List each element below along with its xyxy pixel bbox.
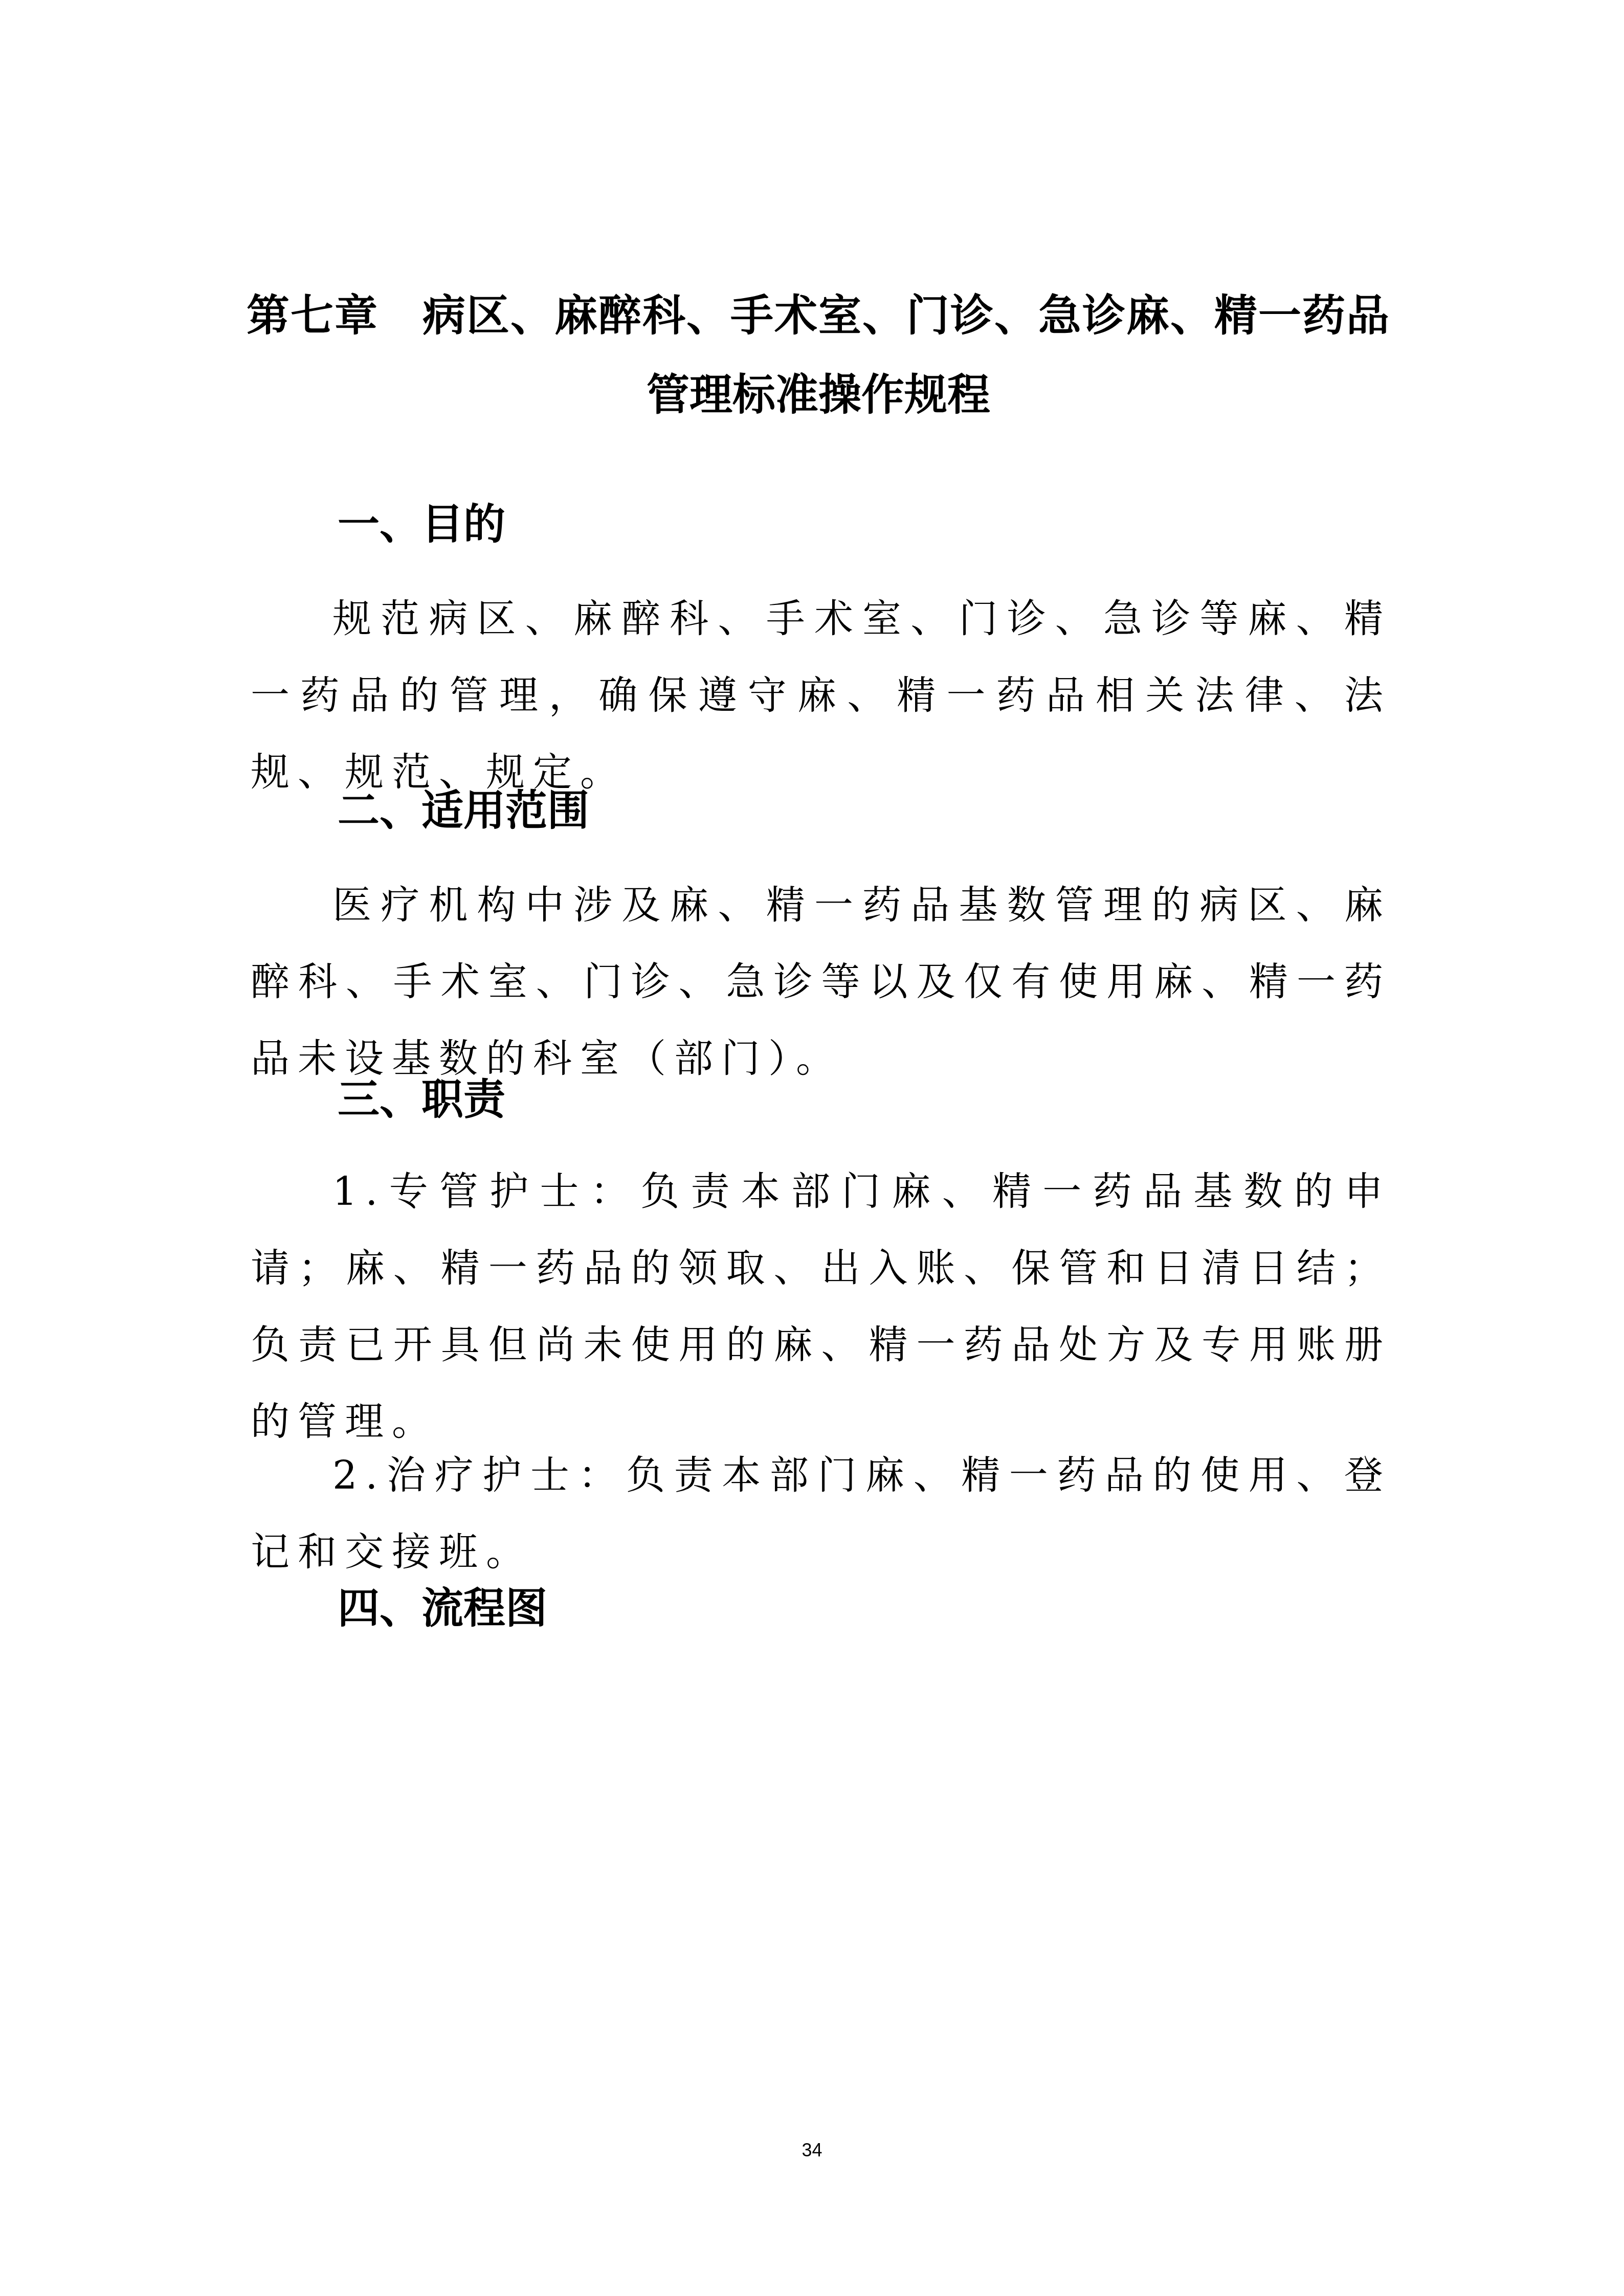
document-page: 第七章 病区、麻醉科、手术室、门诊、急诊麻、精一药品 管理标准操作规程 一、目的…: [0, 0, 1624, 2296]
section-paragraph-scope: 医疗机构中涉及麻、精一药品基数管理的病区、麻醉科、手术室、门诊、急诊等以及仅有使…: [251, 867, 1391, 1097]
responsibility-item-1: 1.专管护士：负责本部门麻、精一药品基数的申请；麻、精一药品的领取、出入账、保管…: [251, 1153, 1391, 1460]
page-number: 34: [0, 2140, 1624, 2160]
section-heading-scope: 二、适用范围: [338, 790, 589, 832]
section-paragraph-purpose: 规范病区、麻醉科、手术室、门诊、急诊等麻、精一药品的管理，确保遵守麻、精一药品相…: [251, 580, 1391, 811]
chapter-title-line-2: 管理标准操作规程: [246, 373, 1391, 416]
section-heading-purpose: 一、目的: [338, 504, 505, 546]
chapter-title-line-1: 第七章 病区、麻醉科、手术室、门诊、急诊麻、精一药品: [246, 294, 1391, 337]
section-heading-flowchart: 四、流程图: [338, 1588, 547, 1630]
section-heading-responsibilities: 三、职责: [338, 1079, 505, 1121]
responsibility-item-2: 2.治疗护士：负责本部门麻、精一药品的使用、登记和交接班。: [251, 1437, 1391, 1590]
